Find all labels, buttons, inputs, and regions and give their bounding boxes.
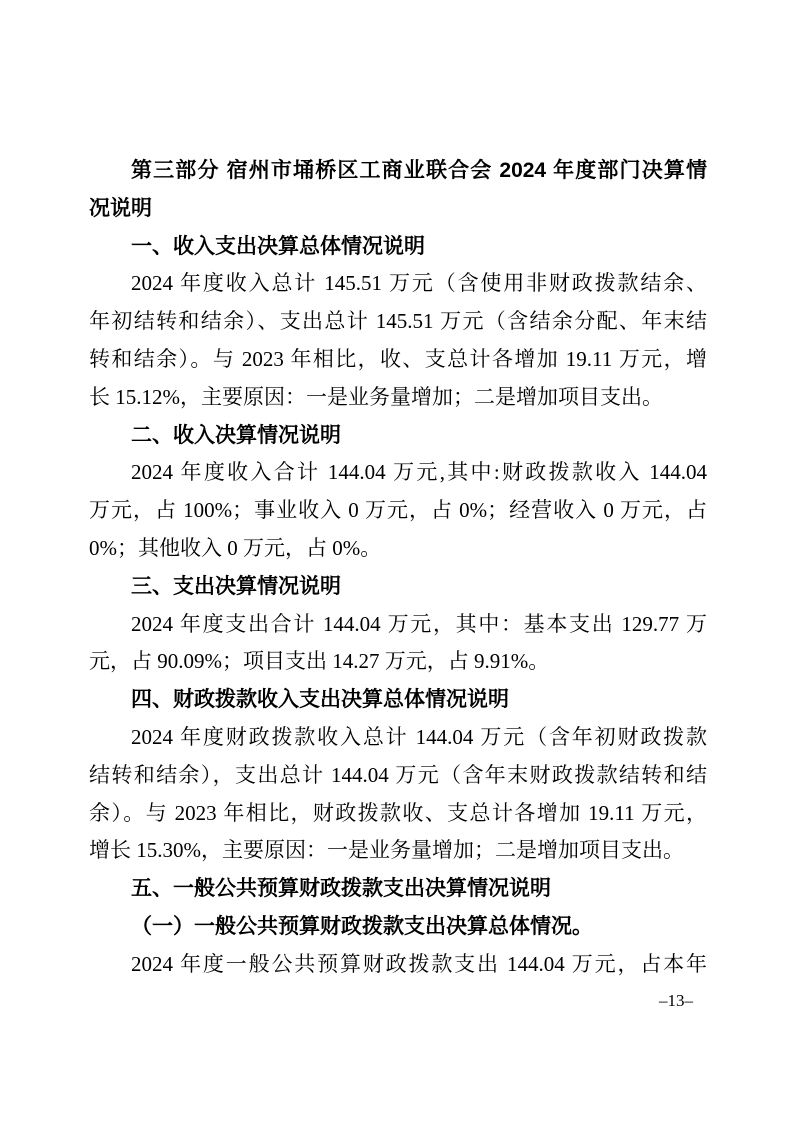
heading-line: 一、收入支出决算总体情况说明 (89, 228, 707, 266)
page-number: –13– (645, 990, 707, 1012)
heading-line: 三、支出决算情况说明 (89, 568, 707, 606)
para-line: 万元，占 100%；事业收入 0 万元，占 0%；经营收入 0 万元，占 (89, 492, 707, 530)
document-page: 第三部分 宿州市埇桥区工商业联合会 2024 年度部门决算情况说明一、收入支出决… (0, 0, 793, 1122)
heading-line: 二、收入决算情况说明 (89, 417, 707, 455)
para-line: 结转和结余），支出总计 144.04 万元（含年末财政拨款结转和结 (89, 757, 707, 795)
heading-line: 四、财政拨款收入支出决算总体情况说明 (89, 681, 707, 719)
title-line: 况说明 (89, 190, 707, 228)
para-line: 余）。与 2023 年相比，财政拨款收、支总计各增加 19.11 万元， (89, 795, 707, 833)
title-line: 第三部分 宿州市埇桥区工商业联合会 2024 年度部门决算情 (89, 152, 707, 190)
para-line: 元，占 90.09%；项目支出 14.27 万元，占 9.91%。 (89, 643, 707, 681)
subheading-line: （一）一般公共预算财政拨款支出决算总体情况。 (89, 908, 707, 946)
para-line: 2024 年度财政拨款收入总计 144.04 万元（含年初财政拨款 (89, 719, 707, 757)
para-line: 2024 年度收入总计 145.51 万元（含使用非财政拨款结余、 (89, 265, 707, 303)
para-line: 2024 年度支出合计 144.04 万元，其中：基本支出 129.77 万 (89, 606, 707, 644)
para-line: 0%；其他收入 0 万元，占 0%。 (89, 530, 707, 568)
document-body: 第三部分 宿州市埇桥区工商业联合会 2024 年度部门决算情况说明一、收入支出决… (89, 152, 707, 984)
para-line: 2024 年度一般公共预算财政拨款支出 144.04 万元，占本年 (89, 946, 707, 984)
heading-line: 五、一般公共预算财政拨款支出决算情况说明 (89, 870, 707, 908)
para-line: 转和结余）。与 2023 年相比，收、支总计各增加 19.11 万元，增 (89, 341, 707, 379)
para-line: 长 15.12%，主要原因：一是业务量增加；二是增加项目支出。 (89, 379, 707, 417)
para-line: 增长 15.30%，主要原因：一是业务量增加；二是增加项目支出。 (89, 832, 707, 870)
para-line: 2024 年度收入合计 144.04 万元,其中:财政拨款收入 144.04 (89, 454, 707, 492)
para-line: 年初结转和结余）、支出总计 145.51 万元（含结余分配、年末结 (89, 303, 707, 341)
